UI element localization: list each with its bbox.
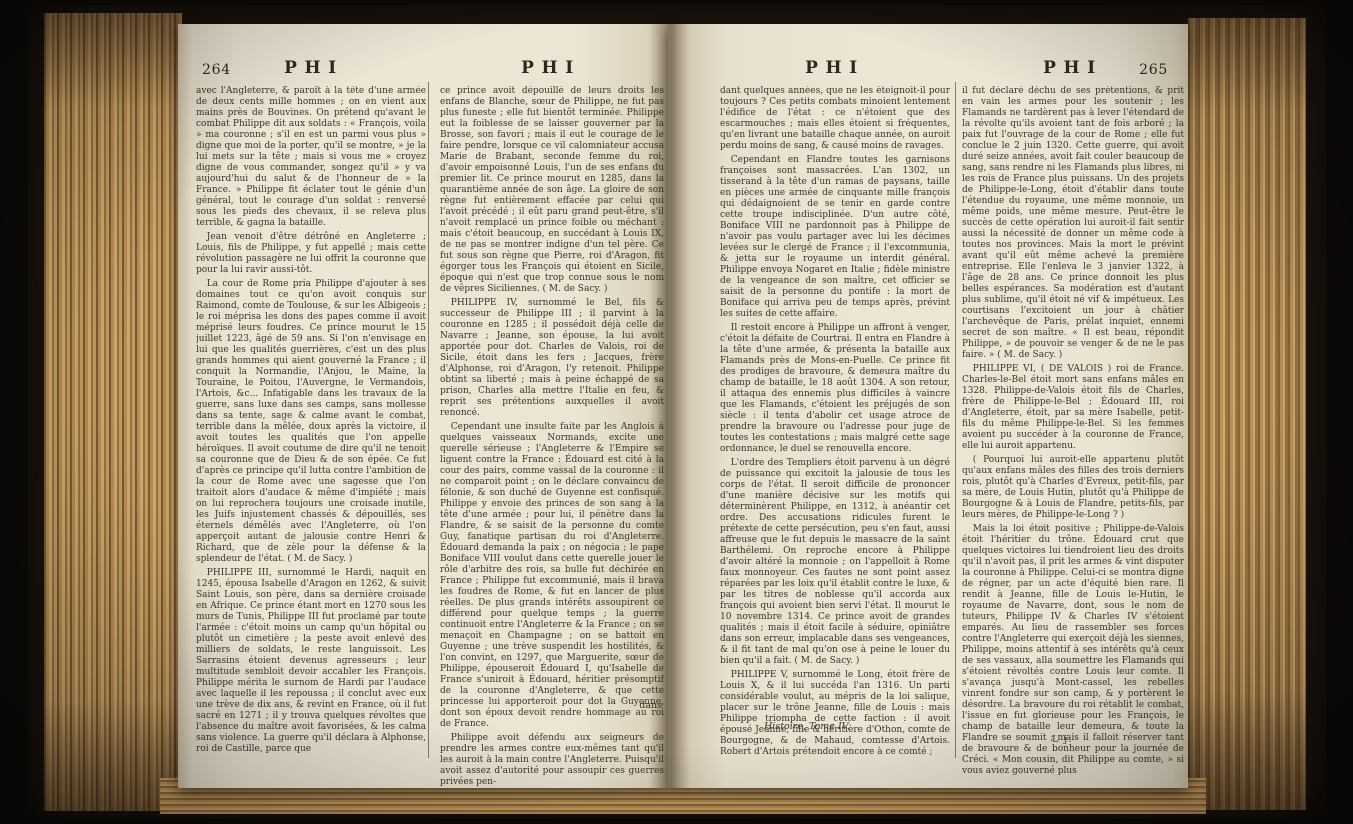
paragraph: ( Pourquoi lui auroit-elle appartenu plu… (962, 455, 1184, 521)
paragraph: Mais la loi étoit positive ; Philippe-de… (962, 524, 1184, 777)
paragraph: avec l'Angleterre, & paroît à la tête d'… (196, 86, 426, 229)
paragraph: PHILIPPE V, surnommé le Long, étoit frèr… (720, 670, 950, 758)
paragraph: dant quelques années, que ne les éteigno… (720, 86, 950, 152)
volume-footer-title: Histoire, Tome IV. (764, 721, 850, 732)
column-rule (955, 82, 956, 758)
book-fore-edge-right (1188, 18, 1306, 810)
paragraph: Cependant une insulte faite par les Angl… (440, 422, 664, 730)
signature-mark: L j. (1052, 734, 1073, 745)
left-page: 264 PHI PHI avec l'Angleterre, & paroît … (178, 24, 668, 788)
left-page-column-2: ce prince avoit dépouillé de leurs droit… (440, 86, 664, 788)
catchword: dans (560, 700, 662, 711)
paragraph: L'ordre des Templiers étoit parvenu à un… (720, 458, 950, 667)
column-rule (428, 82, 429, 758)
paragraph: Jean venoit d'être détrôné en Angleterre… (196, 232, 426, 276)
right-page: PHI PHI 265 dant quelques années, que ne… (668, 24, 1188, 788)
paragraph: PHILIPPE IV, surnommé le Bel, fils & suc… (440, 298, 664, 419)
right-page-running-head: PHI PHI 265 (668, 58, 1188, 82)
paragraph: il fut déclaré déchu de ses prétentions,… (962, 86, 1184, 361)
paragraph: ce prince avoit dépouillé de leurs droit… (440, 86, 664, 295)
book-fore-edge-left (44, 13, 182, 811)
paragraph: Philippe avoit défendu aux seigneurs de … (440, 733, 664, 788)
running-title-phi-2: PHI (438, 58, 664, 78)
right-page-column-2: il fut déclaré déchu de ses prétentions,… (962, 86, 1184, 780)
paragraph: Cependant en Flandre toutes les garnison… (720, 155, 950, 320)
book-photograph: 264 PHI PHI avec l'Angleterre, & paroît … (0, 0, 1353, 824)
left-page-running-head: 264 PHI PHI (178, 58, 668, 82)
running-title-phi-3: PHI (720, 58, 950, 78)
paragraph: PHILIPPE III, surnommé le Hardi, naquit … (196, 568, 426, 755)
paragraph: PHILIPPE VI, ( DE VALOIS ) roi de France… (962, 364, 1184, 452)
paragraph: Il restoit encore à Philippe un affront … (720, 323, 950, 455)
running-title-phi-1: PHI (198, 58, 430, 78)
right-page-number: 265 (1139, 62, 1168, 78)
left-page-column-1: avec l'Angleterre, & paroît à la tête d'… (196, 86, 426, 758)
right-page-column-1: dant quelques années, que ne les éteigno… (720, 86, 950, 761)
paragraph: La cour de Rome pria Philippe d'ajouter … (196, 279, 426, 565)
